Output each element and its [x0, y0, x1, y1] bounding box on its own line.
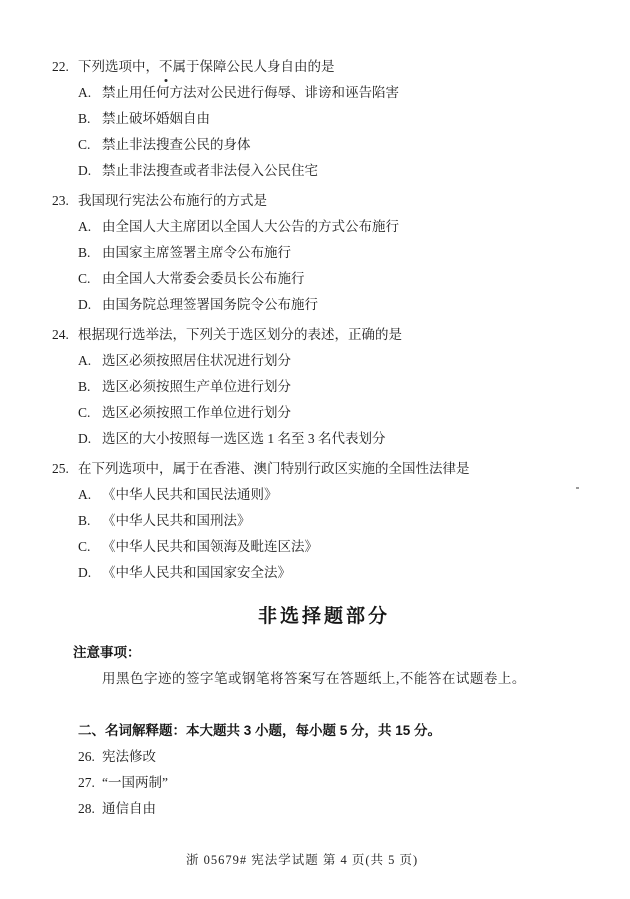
- option-row: B. 《中华人民共和国刑法》: [52, 508, 596, 534]
- option-label: B.: [78, 508, 102, 534]
- option-label: C.: [78, 534, 102, 560]
- question-22: 22. 下列选项中，不属于保障公民人身自由的是 A. 禁止用任何方法对公民进行侮…: [52, 54, 596, 184]
- option-text: 由全国人大主席团以全国人大公告的方式公布施行: [102, 214, 596, 240]
- option-text: 由国务院总理签署国务院令公布施行: [102, 292, 596, 318]
- option-label: B.: [78, 106, 102, 132]
- definition-item-28: 28. 通信自由: [52, 796, 596, 822]
- item-number: 28.: [78, 796, 102, 822]
- option-row: C. 选区必须按照工作单位进行划分: [52, 400, 596, 426]
- page-footer: 浙 05679# 宪法学试题 第 4 页(共 5 页): [186, 851, 418, 869]
- option-label: A.: [78, 214, 102, 240]
- option-label: A.: [78, 80, 102, 106]
- question-number: 25.: [52, 456, 78, 482]
- question-23: 23. 我国现行宪法公布施行的方式是 A. 由全国人大主席团以全国人大公告的方式…: [52, 188, 596, 318]
- option-text: 选区必须按照居住状况进行划分: [102, 348, 596, 374]
- option-row: D. 选区的大小按照每一选区选 1 名至 3 名代表划分: [52, 426, 596, 452]
- definition-item-26: 26. 宪法修改: [52, 744, 596, 770]
- section-title: 非选择题部分: [52, 602, 596, 632]
- part2-heading: 二、名词解释题：本大题共 3 小题，每小题 5 分，共 15 分。: [78, 718, 596, 744]
- option-row: B. 禁止破坏婚姻自由: [52, 106, 596, 132]
- option-text: 选区的大小按照每一选区选 1 名至 3 名代表划分: [102, 426, 596, 452]
- question-number: 23.: [52, 188, 78, 214]
- option-label: D.: [78, 158, 102, 184]
- notice-text: 用黑色字迹的签字笔或钢笔将答案写在答题纸上,不能答在试题卷上。: [102, 666, 596, 692]
- question-number: 22.: [52, 54, 78, 80]
- item-text: “一国两制”: [102, 770, 596, 796]
- item-text: 宪法修改: [102, 744, 596, 770]
- option-row: D. 禁止非法搜查或者非法侵入公民住宅: [52, 158, 596, 184]
- option-row: C. 《中华人民共和国领海及毗连区法》: [52, 534, 596, 560]
- option-text: 《中华人民共和国国家安全法》: [102, 560, 596, 586]
- option-row: B. 选区必须按照生产单位进行划分: [52, 374, 596, 400]
- option-label: A.: [78, 482, 102, 508]
- option-label: B.: [78, 240, 102, 266]
- option-row: A. 禁止用任何方法对公民进行侮辱、诽谤和诬告陷害: [52, 80, 596, 106]
- question-text: 在下列选项中，属于在香港、澳门特别行政区实施的全国性法律是: [78, 456, 596, 482]
- option-row: A. 由全国人大主席团以全国人大公告的方式公布施行: [52, 214, 596, 240]
- option-label: D.: [78, 426, 102, 452]
- question-25-stem: 25. 在下列选项中，属于在香港、澳门特别行政区实施的全国性法律是: [52, 456, 596, 482]
- option-label: B.: [78, 374, 102, 400]
- question-25: 25. 在下列选项中，属于在香港、澳门特别行政区实施的全国性法律是 A. 《中华…: [52, 456, 596, 586]
- notice-label: 注意事项：: [73, 640, 596, 666]
- option-row: B. 由国家主席签署主席令公布施行: [52, 240, 596, 266]
- option-label: C.: [78, 266, 102, 292]
- option-text: 选区必须按照生产单位进行划分: [102, 374, 596, 400]
- option-text: 禁止非法搜查或者非法侵入公民住宅: [102, 158, 596, 184]
- option-row: D. 由国务院总理签署国务院令公布施行: [52, 292, 596, 318]
- question-23-stem: 23. 我国现行宪法公布施行的方式是: [52, 188, 596, 214]
- option-label: C.: [78, 132, 102, 158]
- question-text: 下列选项中，不属于保障公民人身自由的是: [78, 54, 596, 80]
- option-text: 《中华人民共和国刑法》: [102, 508, 596, 534]
- exam-page: 22. 下列选项中，不属于保障公民人身自由的是 A. 禁止用任何方法对公民进行侮…: [0, 0, 630, 822]
- stem-pre: 下列选项中，: [78, 59, 159, 74]
- option-text: 禁止用任何方法对公民进行侮辱、诽谤和诬告陷害: [102, 80, 596, 106]
- option-text: 由国家主席签署主席令公布施行: [102, 240, 596, 266]
- option-text: 《中华人民共和国领海及毗连区法》: [102, 534, 596, 560]
- item-text: 通信自由: [102, 796, 596, 822]
- question-24-stem: 24. 根据现行选举法，下列关于选区划分的表述，正确的是: [52, 322, 596, 348]
- question-22-stem: 22. 下列选项中，不属于保障公民人身自由的是: [52, 54, 596, 80]
- option-label: C.: [78, 400, 102, 426]
- option-row: C. 禁止非法搜查公民的身体: [52, 132, 596, 158]
- scan-speck: [576, 487, 579, 489]
- question-number: 24.: [52, 322, 78, 348]
- option-text: 选区必须按照工作单位进行划分: [102, 400, 596, 426]
- option-text: 禁止非法搜查公民的身体: [102, 132, 596, 158]
- option-row: D. 《中华人民共和国国家安全法》: [52, 560, 596, 586]
- option-text: 由全国人大常委会委员长公布施行: [102, 266, 596, 292]
- option-text: 《中华人民共和国民法通则》: [102, 482, 596, 508]
- option-label: A.: [78, 348, 102, 374]
- stem-emphasized-char: 不: [159, 54, 173, 80]
- option-label: D.: [78, 560, 102, 586]
- option-row: A. 《中华人民共和国民法通则》: [52, 482, 596, 508]
- stem-post: 属于保障公民人身自由的是: [173, 59, 335, 74]
- option-row: A. 选区必须按照居住状况进行划分: [52, 348, 596, 374]
- option-row: C. 由全国人大常委会委员长公布施行: [52, 266, 596, 292]
- question-text: 根据现行选举法，下列关于选区划分的表述，正确的是: [78, 322, 596, 348]
- item-number: 26.: [78, 744, 102, 770]
- option-text: 禁止破坏婚姻自由: [102, 106, 596, 132]
- item-number: 27.: [78, 770, 102, 796]
- option-label: D.: [78, 292, 102, 318]
- question-text: 我国现行宪法公布施行的方式是: [78, 188, 596, 214]
- question-24: 24. 根据现行选举法，下列关于选区划分的表述，正确的是 A. 选区必须按照居住…: [52, 322, 596, 452]
- definition-item-27: 27. “一国两制”: [52, 770, 596, 796]
